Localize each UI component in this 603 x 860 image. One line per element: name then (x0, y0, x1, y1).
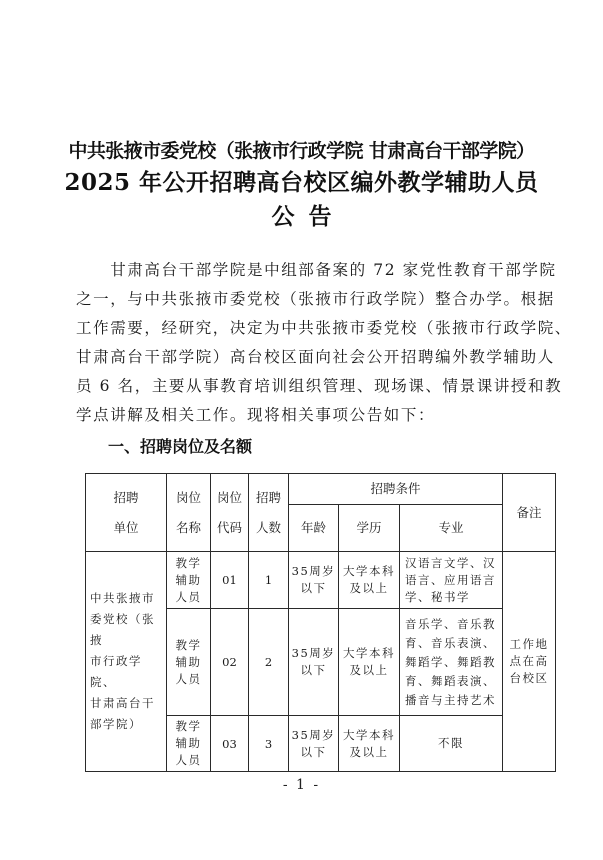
headcount-cell: 3 (249, 716, 289, 772)
title-line-2: 2025 年公开招聘高台校区编外教学辅助人员 (0, 164, 603, 197)
intro-line: 甘肃高台干部学院是中组部备案的 72 家党性教育干部学院 (76, 256, 536, 285)
major-cell: 音乐学、音乐教 育、音乐表演、 舞蹈学、舞蹈教 育、舞蹈表演、 播音与主持艺术 (400, 609, 503, 716)
intro-line: 甘肃高台干部学院）高台校区面向社会公开招聘编外教学辅助人 (76, 343, 536, 372)
header-major: 专业 (400, 505, 503, 552)
education-cell: 大学本科 及以上 (339, 552, 400, 609)
intro-line: 学点讲解及相关工作。现将相关事项公告如下： (76, 401, 536, 430)
header-position-code: 岗位 代码 (211, 474, 249, 552)
age-cell: 35周岁 以下 (289, 609, 339, 716)
intro-line: 员 6 名，主要从事教育培训组织管理、现场课、情景课讲授和教 (76, 372, 536, 401)
document-page: 中共张掖市委党校（张掖市行政学院 甘肃高台干部学院） 2025 年公开招聘高台校… (0, 0, 603, 860)
header-unit: 招聘 单位 (86, 474, 167, 552)
header-position-name: 岗位 名称 (167, 474, 211, 552)
position-name-cell: 教学 辅助 人员 (167, 609, 211, 716)
header-remarks: 备注 (503, 474, 556, 552)
position-code-cell: 03 (211, 716, 249, 772)
recruitment-table: 招聘 单位 岗位 名称 岗位 代码 招聘 人数 招聘条件 备注 年龄 学历 专业 (85, 473, 556, 772)
age-cell: 35周岁 以下 (289, 716, 339, 772)
title-line-3: 公告 (0, 198, 603, 231)
intro-paragraph: 甘肃高台干部学院是中组部备案的 72 家党性教育干部学院 之一，与中共张掖市委党… (76, 256, 536, 430)
position-name-cell: 教学 辅助 人员 (167, 552, 211, 609)
education-cell: 大学本科 及以上 (339, 716, 400, 772)
headcount-cell: 2 (249, 609, 289, 716)
education-cell: 大学本科 及以上 (339, 609, 400, 716)
intro-line: 工作需要，经研究，决定为中共张掖市委党校（张掖市行政学院、 (76, 314, 536, 343)
table-row: 中共张掖市 委党校（张掖 市行政学院、 甘肃高台干 部学院） 教学 辅助 人员 … (86, 552, 556, 609)
header-headcount: 招聘 人数 (249, 474, 289, 552)
title-line-1: 中共张掖市委党校（张掖市行政学院 甘肃高台干部学院） (0, 136, 603, 163)
major-cell: 不限 (400, 716, 503, 772)
intro-line: 之一，与中共张掖市委党校（张掖市行政学院）整合办学。根据 (76, 285, 536, 314)
remarks-cell: 工作地 点在高 台校区 (503, 552, 556, 772)
position-code-cell: 02 (211, 609, 249, 716)
page-number: - 1 - (0, 777, 603, 793)
header-conditions: 招聘条件 (289, 474, 503, 505)
age-cell: 35周岁 以下 (289, 552, 339, 609)
major-cell: 汉语言文学、汉 语言、应用语言 学、秘书学 (400, 552, 503, 609)
position-code-cell: 01 (211, 552, 249, 609)
headcount-cell: 1 (249, 552, 289, 609)
section-heading: 一、招聘岗位及名额 (108, 434, 252, 457)
header-age: 年龄 (289, 505, 339, 552)
position-name-cell: 教学 辅助 人员 (167, 716, 211, 772)
header-education: 学历 (339, 505, 400, 552)
unit-cell: 中共张掖市 委党校（张掖 市行政学院、 甘肃高台干 部学院） (86, 552, 167, 772)
